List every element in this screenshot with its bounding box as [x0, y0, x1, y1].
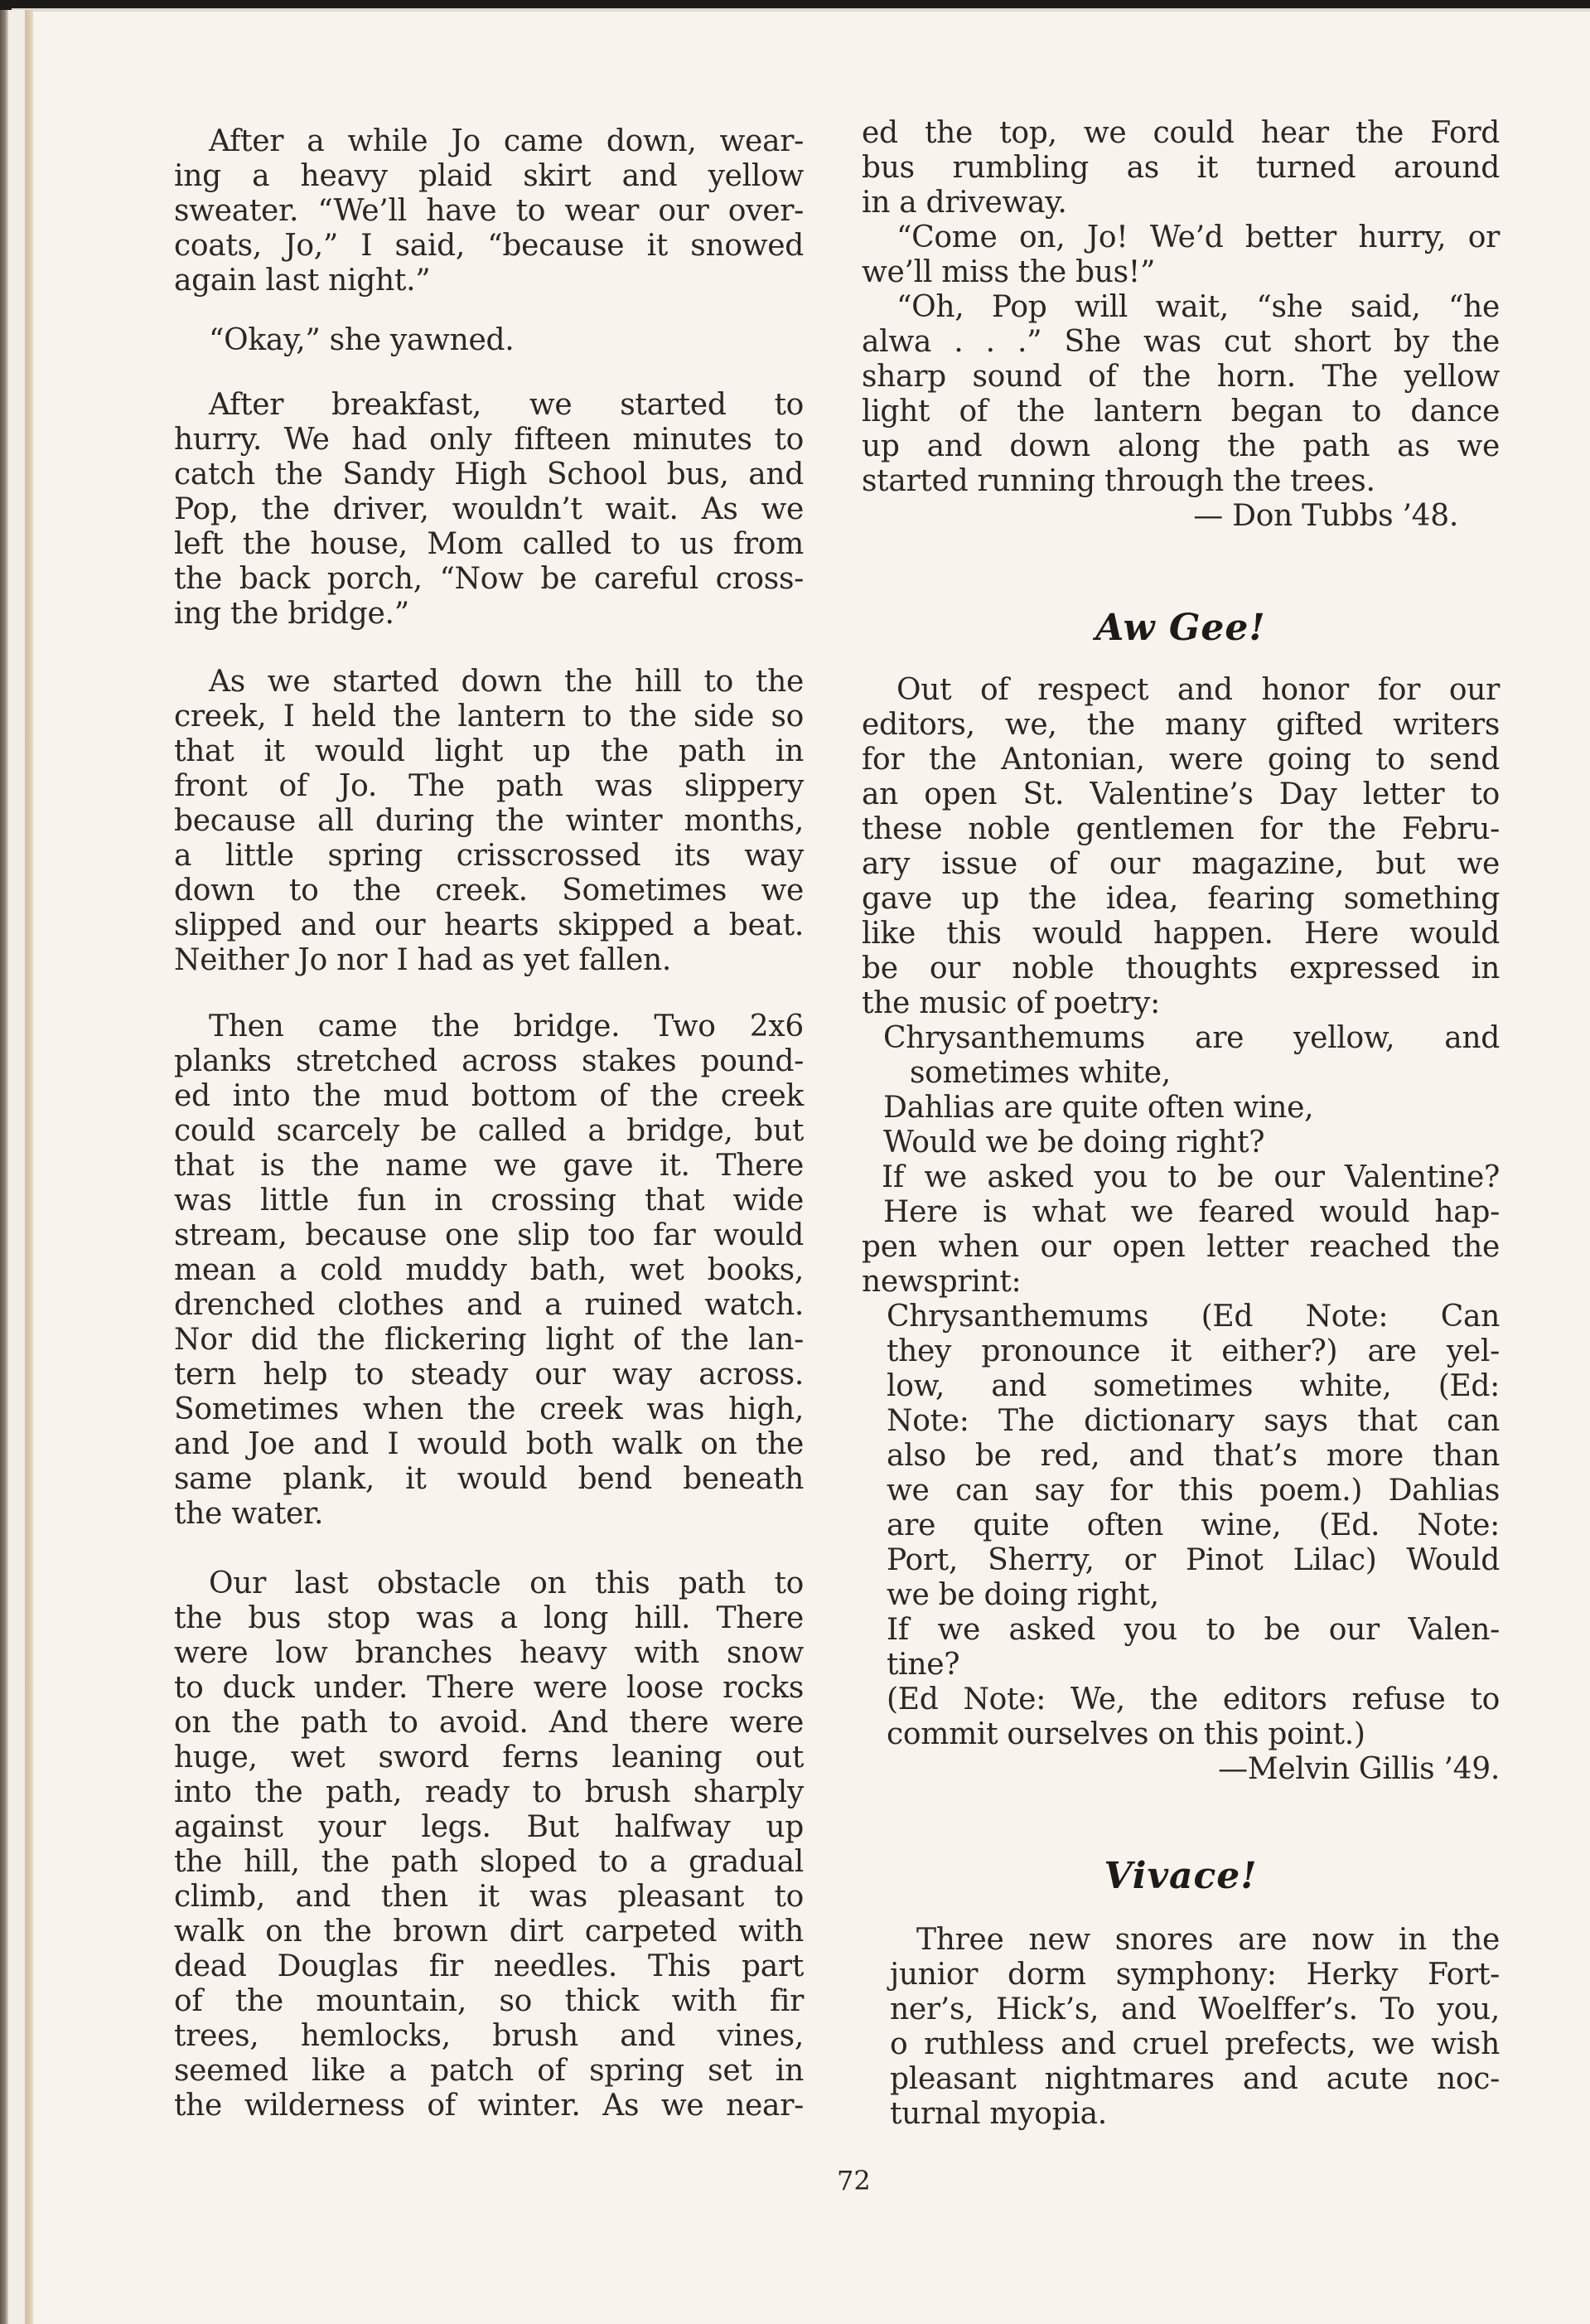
text-line: Nor did the flickering light of the lan-: [174, 1323, 804, 1358]
text-line: editors, we, the many gifted writers: [862, 708, 1500, 743]
text-line: for the Antonian, were going to send: [862, 743, 1500, 777]
text-line: Our last obstacle on this path to: [209, 1566, 804, 1601]
text-line: Pop, the driver, wouldn’t wait. As we: [174, 492, 804, 527]
text-line: a little spring crisscrossed its way: [174, 839, 804, 874]
text-line: the back porch, “Now be careful cross-: [174, 562, 804, 597]
text-line: huge, wet sword ferns leaning out: [174, 1741, 804, 1775]
text-line: hurry. We had only fifteen minutes to: [174, 423, 804, 458]
text-line: the hill, the path sloped to a gradual: [174, 1845, 804, 1880]
text-line: up and down along the path as we: [862, 429, 1500, 464]
text-line: drenched clothes and a ruined watch.: [174, 1288, 804, 1323]
text-line: against your legs. But halfway up: [174, 1810, 804, 1845]
text-line: to duck under. There were loose rocks: [174, 1671, 804, 1706]
text-line: coats, Jo,” I said, “because it snowed: [174, 229, 804, 264]
text-line: light of the lantern began to dance: [862, 395, 1500, 429]
text-line: gave up the idea, fearing something: [862, 882, 1500, 917]
text-line: dead Douglas fir needles. This part: [174, 1949, 804, 1984]
byline-melvin-gillis: —Melvin Gillis ’49.: [862, 1752, 1500, 1787]
text-line: Neither Jo nor I had as yet fallen.: [174, 943, 804, 978]
text-line: are quite often wine, (Ed. Note:: [887, 1508, 1500, 1543]
text-line: Sometimes when the creek was high,: [174, 1392, 804, 1427]
text-line: After breakfast, we started to: [209, 388, 804, 423]
text-line: we’ll miss the bus!”: [862, 255, 1500, 290]
text-line: If we asked you to be our Valentine?: [882, 1160, 1500, 1195]
text-line: Then came the bridge. Two 2x6: [209, 1009, 804, 1044]
text-line: an open St. Valentine’s Day letter to: [862, 777, 1500, 812]
text-line: catch the Sandy High School bus, and: [174, 458, 804, 492]
page-number: 72: [837, 2165, 871, 2196]
text-line: “Okay,” she yawned.: [209, 323, 804, 358]
text-line: we be doing right,: [887, 1578, 1500, 1613]
text-line: and Joe and I would both walk on the: [174, 1427, 804, 1462]
text-line: junior dorm symphony: Herky Fort-: [890, 1958, 1500, 1992]
text-line: on the path to avoid. And there were: [174, 1706, 804, 1741]
text-line: the water.: [174, 1497, 804, 1532]
text-line: Out of respect and honor for our: [896, 673, 1500, 708]
text-line: seemed like a patch of spring set in: [174, 2054, 804, 2089]
text-line: “Come on, Jo! We’d better hurry, or: [896, 220, 1500, 255]
text-line: the wilderness of winter. As we near-: [174, 2089, 804, 2123]
text-line: Dahlias are quite often wine,: [883, 1091, 1500, 1126]
text-line: If we asked you to be our Valen-: [887, 1613, 1500, 1648]
text-line: the bus stop was a long hill. There: [174, 1601, 804, 1636]
text-line: in a driveway.: [862, 186, 1500, 220]
text-line: climb, and then it was pleasant to: [174, 1880, 804, 1915]
text-line: left the house, Mom called to us from: [174, 527, 804, 562]
text-line: pen when our open letter reached the: [862, 1230, 1500, 1265]
text-line: (Ed Note: We, the editors refuse to: [887, 1682, 1500, 1717]
binding-gutter: [25, 10, 33, 2324]
text-line: the music of poetry:: [862, 986, 1500, 1021]
text-line: ary issue of our magazine, but we: [862, 847, 1500, 882]
text-line: Would we be doing right?: [883, 1126, 1500, 1160]
text-line: commit ourselves on this point.): [887, 1717, 1500, 1752]
text-line: pleasant nightmares and acute noc-: [890, 2062, 1500, 2097]
text-line: we can say for this poem.) Dahlias: [887, 1474, 1500, 1508]
text-line: tine?: [887, 1648, 1500, 1682]
text-line: down to the creek. Sometimes we: [174, 874, 804, 908]
text-line: were low branches heavy with snow: [174, 1636, 804, 1671]
text-line: ed the top, we could hear the Ford: [862, 116, 1500, 151]
text-line: Here is what we feared would hap-: [883, 1195, 1500, 1230]
text-line: “Oh, Pop will wait, “she said, “he: [896, 290, 1500, 325]
text-line: these noble gentlemen for the Febru-: [862, 812, 1500, 847]
text-line: planks stretched across stakes pound-: [174, 1044, 804, 1079]
text-line: trees, hemlocks, brush and vines,: [174, 2019, 804, 2054]
text-line: ing a heavy plaid skirt and yellow: [174, 159, 804, 194]
text-line: slipped and our hearts skipped a beat.: [174, 908, 804, 943]
text-line: o ruthless and cruel prefects, we wish: [890, 2027, 1500, 2062]
text-line: because all during the winter months,: [174, 804, 804, 839]
binding-shadow: [0, 10, 8, 2324]
text-line: bus rumbling as it turned around: [862, 151, 1500, 186]
text-line: also be red, and that’s more than: [887, 1439, 1500, 1474]
text-line: same plank, it would bend beneath: [174, 1462, 804, 1497]
text-line: ner’s, Hick’s, and Woelffer’s. To you,: [890, 1992, 1500, 2027]
text-line: ed into the mud bottom of the creek: [174, 1079, 804, 1114]
text-line: sometimes white,: [910, 1056, 1500, 1091]
text-line: walk on the brown dirt carpeted with: [174, 1915, 804, 1949]
section-heading-aw-gee: Aw Gee!: [862, 607, 1500, 649]
text-line: like this would happen. Here would: [862, 917, 1500, 951]
text-line: sharp sound of the horn. The yellow: [862, 360, 1500, 395]
text-line: of the mountain, so thick with fir: [174, 1984, 804, 2019]
text-line: turnal myopia.: [890, 2097, 1500, 2132]
text-line: Chrysanthemums are yellow, and: [883, 1021, 1500, 1056]
text-line: creek, I held the lantern to the side so: [174, 700, 804, 734]
text-line: into the path, ready to brush sharply: [174, 1775, 804, 1810]
text-line: Port, Sherry, or Pinot Lilac) Would: [887, 1543, 1500, 1578]
text-line: again last night.”: [174, 264, 804, 298]
section-heading-vivace: Vivace!: [862, 1855, 1500, 1897]
byline-don-tubbs: — Don Tubbs ’48.: [862, 499, 1458, 534]
adjacent-page-edge: [8, 10, 25, 2324]
text-line: stream, because one slip too far would: [174, 1218, 804, 1253]
text-line: that is the name we gave it. There: [174, 1149, 804, 1184]
text-line: Chrysanthemums (Ed Note: Can: [887, 1300, 1500, 1334]
text-line: Three new snores are now in the: [916, 1923, 1500, 1958]
text-line: started running through the trees.: [862, 464, 1500, 499]
text-line: that it would light up the path in: [174, 734, 804, 769]
text-line: newsprint:: [862, 1265, 1500, 1300]
text-line: could scarcely be called a bridge, but: [174, 1114, 804, 1149]
text-line: alwa . . .” She was cut short by the: [862, 325, 1500, 360]
text-line: As we started down the hill to the: [209, 665, 804, 700]
text-line: ing the bridge.”: [174, 597, 804, 632]
text-line: front of Jo. The path was slippery: [174, 769, 804, 804]
text-line: was little fun in crossing that wide: [174, 1184, 804, 1218]
text-line: tern help to steady our way across.: [174, 1358, 804, 1392]
text-line: sweater. “We’ll have to wear our over-: [174, 194, 804, 229]
text-line: After a while Jo came down, wear-: [209, 124, 804, 159]
text-line: mean a cold muddy bath, wet books,: [174, 1253, 804, 1288]
text-line: Note: The dictionary says that can: [887, 1404, 1500, 1439]
text-line: low, and sometimes white, (Ed:: [887, 1369, 1500, 1404]
text-line: be our noble thoughts expressed in: [862, 951, 1500, 986]
text-line: they pronounce it either?) are yel-: [887, 1334, 1500, 1369]
